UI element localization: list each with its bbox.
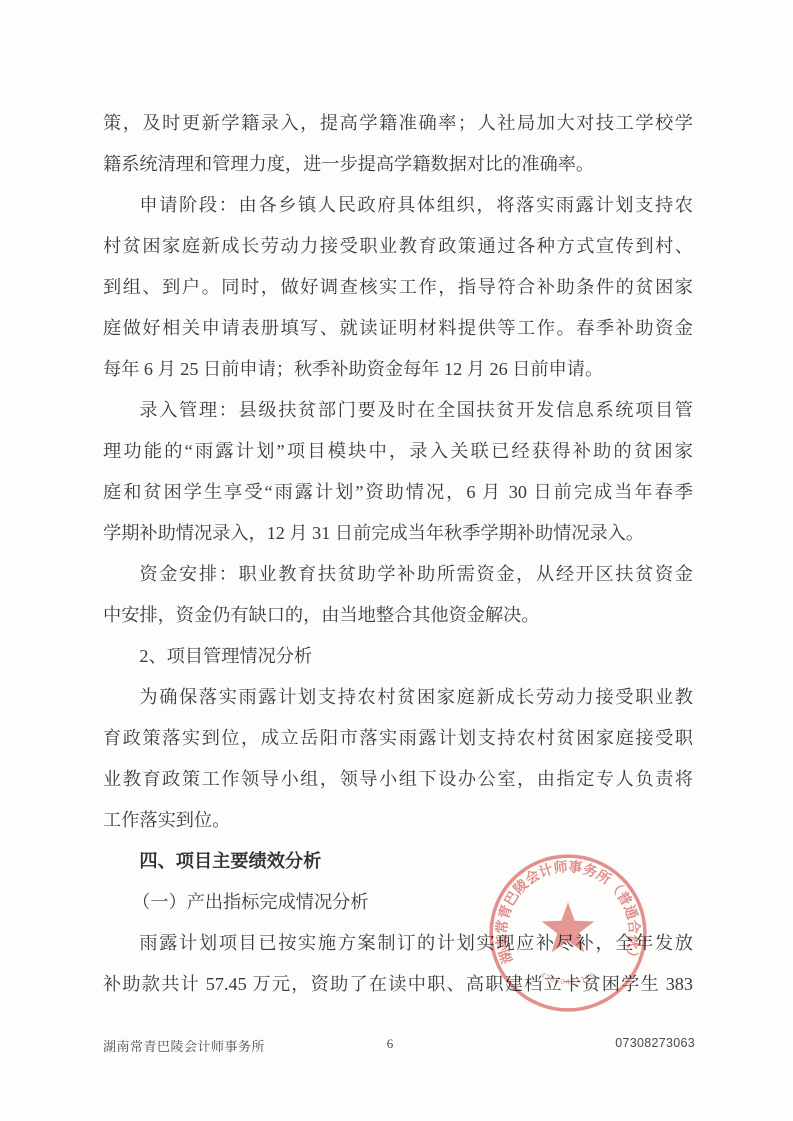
text-line: 录入管理：县级扶贫部门要及时在全国扶贫开发信息系统项目管 [103, 390, 693, 431]
text-line: 育政策落实到位，成立岳阳市落实雨露计划支持农村贫困家庭接受职 [103, 718, 693, 759]
text-line: 2、项目管理情况分析 [103, 636, 693, 677]
text-line: 策，及时更新学籍录入，提高学籍准确率；人社局加大对技工学校学 [103, 103, 693, 144]
text-line: 为确保落实雨露计划支持农村贫困家庭新成长劳动力接受职业教 [103, 677, 693, 718]
text-line: 中安排，资金仍有缺口的，由当地整合其他资金解决。 [103, 595, 693, 636]
text-line: 雨露计划项目已按实施方案制订的计划实现应补尽补，全年发放 [103, 923, 693, 964]
document-page: 策，及时更新学籍录入，提高学籍准确率；人社局加大对技工学校学籍系统清理和管理力度… [0, 0, 793, 1121]
text-line: 资金安排：职业教育扶贫助学补助所需资金，从经开区扶贫资金 [103, 554, 693, 595]
footer-page-number: 6 [103, 1036, 677, 1052]
text-line: 工作落实到位。 [103, 800, 693, 841]
text-line: 学期补助情况录入，12 月 31 日前完成当年秋季学期补助情况录入。 [103, 513, 693, 554]
text-line: 业教育政策工作领导小组，领导小组下设办公室，由指定专人负责将 [103, 759, 693, 800]
text-line: 理功能的“雨露计划”项目模块中，录入关联已经获得补助的贫困家 [103, 431, 693, 472]
text-line: 每年 6 月 25 日前申请；秋季补助资金每年 12 月 26 日前申请。 [103, 349, 693, 390]
text-line: 申请阶段：由各乡镇人民政府具体组织，将落实雨露计划支持农 [103, 185, 693, 226]
body-text: 策，及时更新学籍录入，提高学籍准确率；人社局加大对技工学校学籍系统清理和管理力度… [103, 103, 693, 1005]
footer-document-code: 07308273063 [615, 1036, 695, 1050]
text-line: 庭和贫困学生享受“雨露计划”资助情况，6 月 30 日前完成当年春季 [103, 472, 693, 513]
page-footer: 湖南常青巴陵会计师事务所 6 07308273063 [103, 1036, 695, 1058]
text-line: 庭做好相关申请表册填写、就读证明材料提供等工作。春季补助资金 [103, 308, 693, 349]
text-line: 籍系统清理和管理力度，进一步提高学籍数据对比的准确率。 [103, 144, 693, 185]
text-line: 村贫困家庭新成长劳动力接受职业教育政策通过各种方式宣传到村、 [103, 226, 693, 267]
text-line: 四、项目主要绩效分析 [103, 841, 693, 882]
text-line: 到组、到户。同时，做好调查核实工作，指导符合补助条件的贫困家 [103, 267, 693, 308]
text-line: 补助款共计 57.45 万元，资助了在读中职、高职建档立卡贫困学生 383 [103, 964, 693, 1005]
text-line: （一）产出指标完成情况分析 [103, 882, 693, 923]
